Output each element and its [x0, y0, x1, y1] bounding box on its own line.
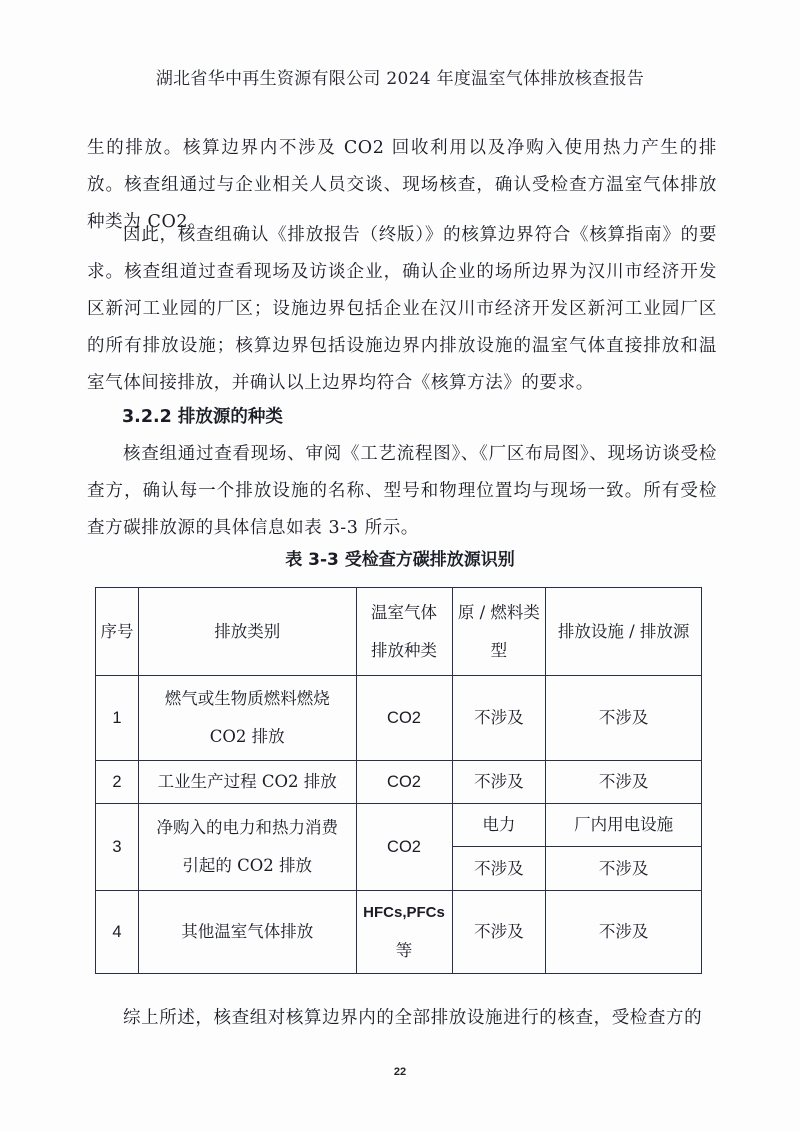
cell-gas: CO2: [356, 761, 452, 804]
table-row: 2 工业生产过程 CO2 排放 CO2 不涉及 不涉及: [96, 761, 702, 804]
cell-category: 燃气或生物质燃料燃烧 CO2 排放: [138, 676, 356, 761]
cell-category: 其他温室气体排放: [138, 891, 356, 974]
cell-facility: 不涉及: [546, 676, 702, 761]
paragraph-accounting-boundary: 因此，核查组确认《排放报告（终版）》的核算边界符合《核算指南》的要求。核查组道过…: [87, 217, 717, 402]
cell-facility: 不涉及: [546, 761, 702, 804]
cell-gas: CO2: [356, 804, 452, 891]
cell-fuel: 不涉及: [452, 761, 546, 804]
cell-seq: 3: [96, 804, 139, 891]
paragraph-summary: 综上所述，核查组对核算边界内的全部排放设施进行的核查，受检查方的: [87, 1000, 717, 1037]
header-fuel-type: 原 / 燃料类 型: [452, 588, 546, 676]
running-header-title: 湖北省华中再生资源有限公司 2024 年度温室气体排放核查报告: [0, 64, 800, 89]
cell-fuel: 电力: [452, 804, 546, 847]
cell-fuel: 不涉及: [452, 847, 546, 891]
cell-gas: HFCs,PFCs 等: [356, 891, 452, 974]
cell-fuel: 不涉及: [452, 891, 546, 974]
table-row: 4 其他温室气体排放 HFCs,PFCs 等 不涉及 不涉及: [96, 891, 702, 974]
cell-seq: 1: [96, 676, 139, 761]
table-header-row: 序号 排放类别 温室气体 排放种类 原 / 燃料类 型 排放设施 / 排放源: [96, 588, 702, 676]
cell-fuel: 不涉及: [452, 676, 546, 761]
header-seq: 序号: [96, 588, 139, 676]
cell-category: 净购入的电力和热力消费 引起的 CO2 排放: [138, 804, 356, 891]
paragraph-emission-source-intro: 核查组通过查看现场、审阅《工艺流程图》、《厂区布局图》、现场访谈受检查方，确认每…: [87, 436, 717, 547]
header-gas-type: 温室气体 排放种类: [356, 588, 452, 676]
header-facility: 排放设施 / 排放源: [546, 588, 702, 676]
cell-facility: 不涉及: [546, 891, 702, 974]
cell-facility: 厂内用电设施: [546, 804, 702, 847]
section-heading-emission-source-types: 3.2.2 排放源的种类: [122, 399, 283, 436]
page-number: 22: [0, 1066, 800, 1078]
header-category: 排放类别: [138, 588, 356, 676]
table-caption: 表 3-3 受检查方碳排放源识别: [0, 545, 800, 570]
cell-seq: 2: [96, 761, 139, 804]
table-row: 3 净购入的电力和热力消费 引起的 CO2 排放 CO2 电力 厂内用电设施: [96, 804, 702, 847]
cell-category: 工业生产过程 CO2 排放: [138, 761, 356, 804]
cell-gas: CO2: [356, 676, 452, 761]
emission-source-table: 序号 排放类别 温室气体 排放种类 原 / 燃料类 型 排放设施 / 排放源 1…: [95, 587, 702, 974]
cell-facility: 不涉及: [546, 847, 702, 891]
table-row: 1 燃气或生物质燃料燃烧 CO2 排放 CO2 不涉及 不涉及: [96, 676, 702, 761]
cell-seq: 4: [96, 891, 139, 974]
